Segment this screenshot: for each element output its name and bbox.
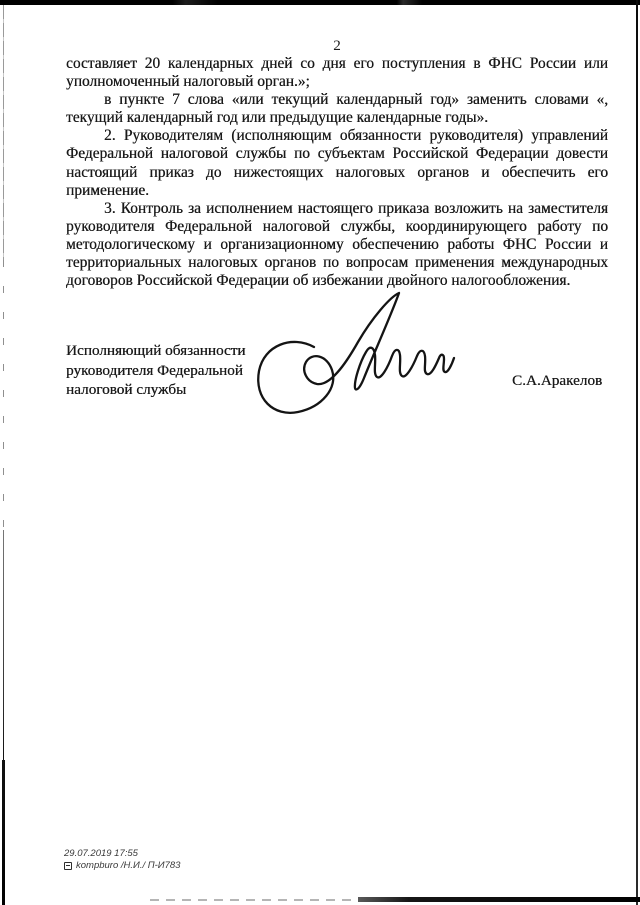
scan-edge-bottom (358, 897, 640, 902)
scan-edge-left-bottom (2, 760, 5, 905)
scan-edge-bottom-faint (150, 899, 360, 901)
scan-edge-left-dashes (3, 260, 4, 530)
signer-position-line: руководителя Федеральной (66, 361, 245, 381)
scanned-document-page: 2 составляет 20 календарных дней со дня … (0, 0, 640, 905)
paragraph-item3: 3. Контроль за исполнением настоящего пр… (66, 200, 608, 290)
paragraph-continuation: составляет 20 календарных дней со дня ег… (66, 55, 608, 91)
paragraph-item2: 2. Руководителям (исполняющим обязанност… (66, 127, 608, 199)
document-body: составляет 20 календарных дней со дня ег… (66, 55, 608, 290)
footer-registration: kompburo /Н.И./ П-И783 (64, 860, 180, 872)
scan-edge-left-dark (3, 530, 4, 760)
scan-edge-left (3, 5, 4, 260)
signer-position-line: налоговой службы (66, 380, 245, 400)
handwritten-signature-icon (250, 285, 465, 425)
scan-edge-right (636, 0, 638, 905)
registration-text: kompburo /Н.И./ П-И783 (76, 860, 180, 872)
paragraph-point7-amendment: в пункте 7 слова «или текущий календарны… (66, 91, 608, 127)
signer-position: Исполняющий обязанности руководителя Фед… (66, 341, 245, 400)
page-number: 2 (66, 37, 608, 55)
scan-edge-top (0, 0, 640, 5)
floppy-disk-icon (64, 862, 72, 870)
document-footer: 29.07.2019 17:55 kompburo /Н.И./ П-И783 (64, 848, 180, 872)
timestamp-text: 29.07.2019 17:55 (64, 848, 138, 860)
footer-timestamp: 29.07.2019 17:55 (64, 848, 180, 860)
signer-position-line: Исполняющий обязанности (66, 341, 245, 361)
signer-name: С.А.Аракелов (512, 372, 602, 390)
